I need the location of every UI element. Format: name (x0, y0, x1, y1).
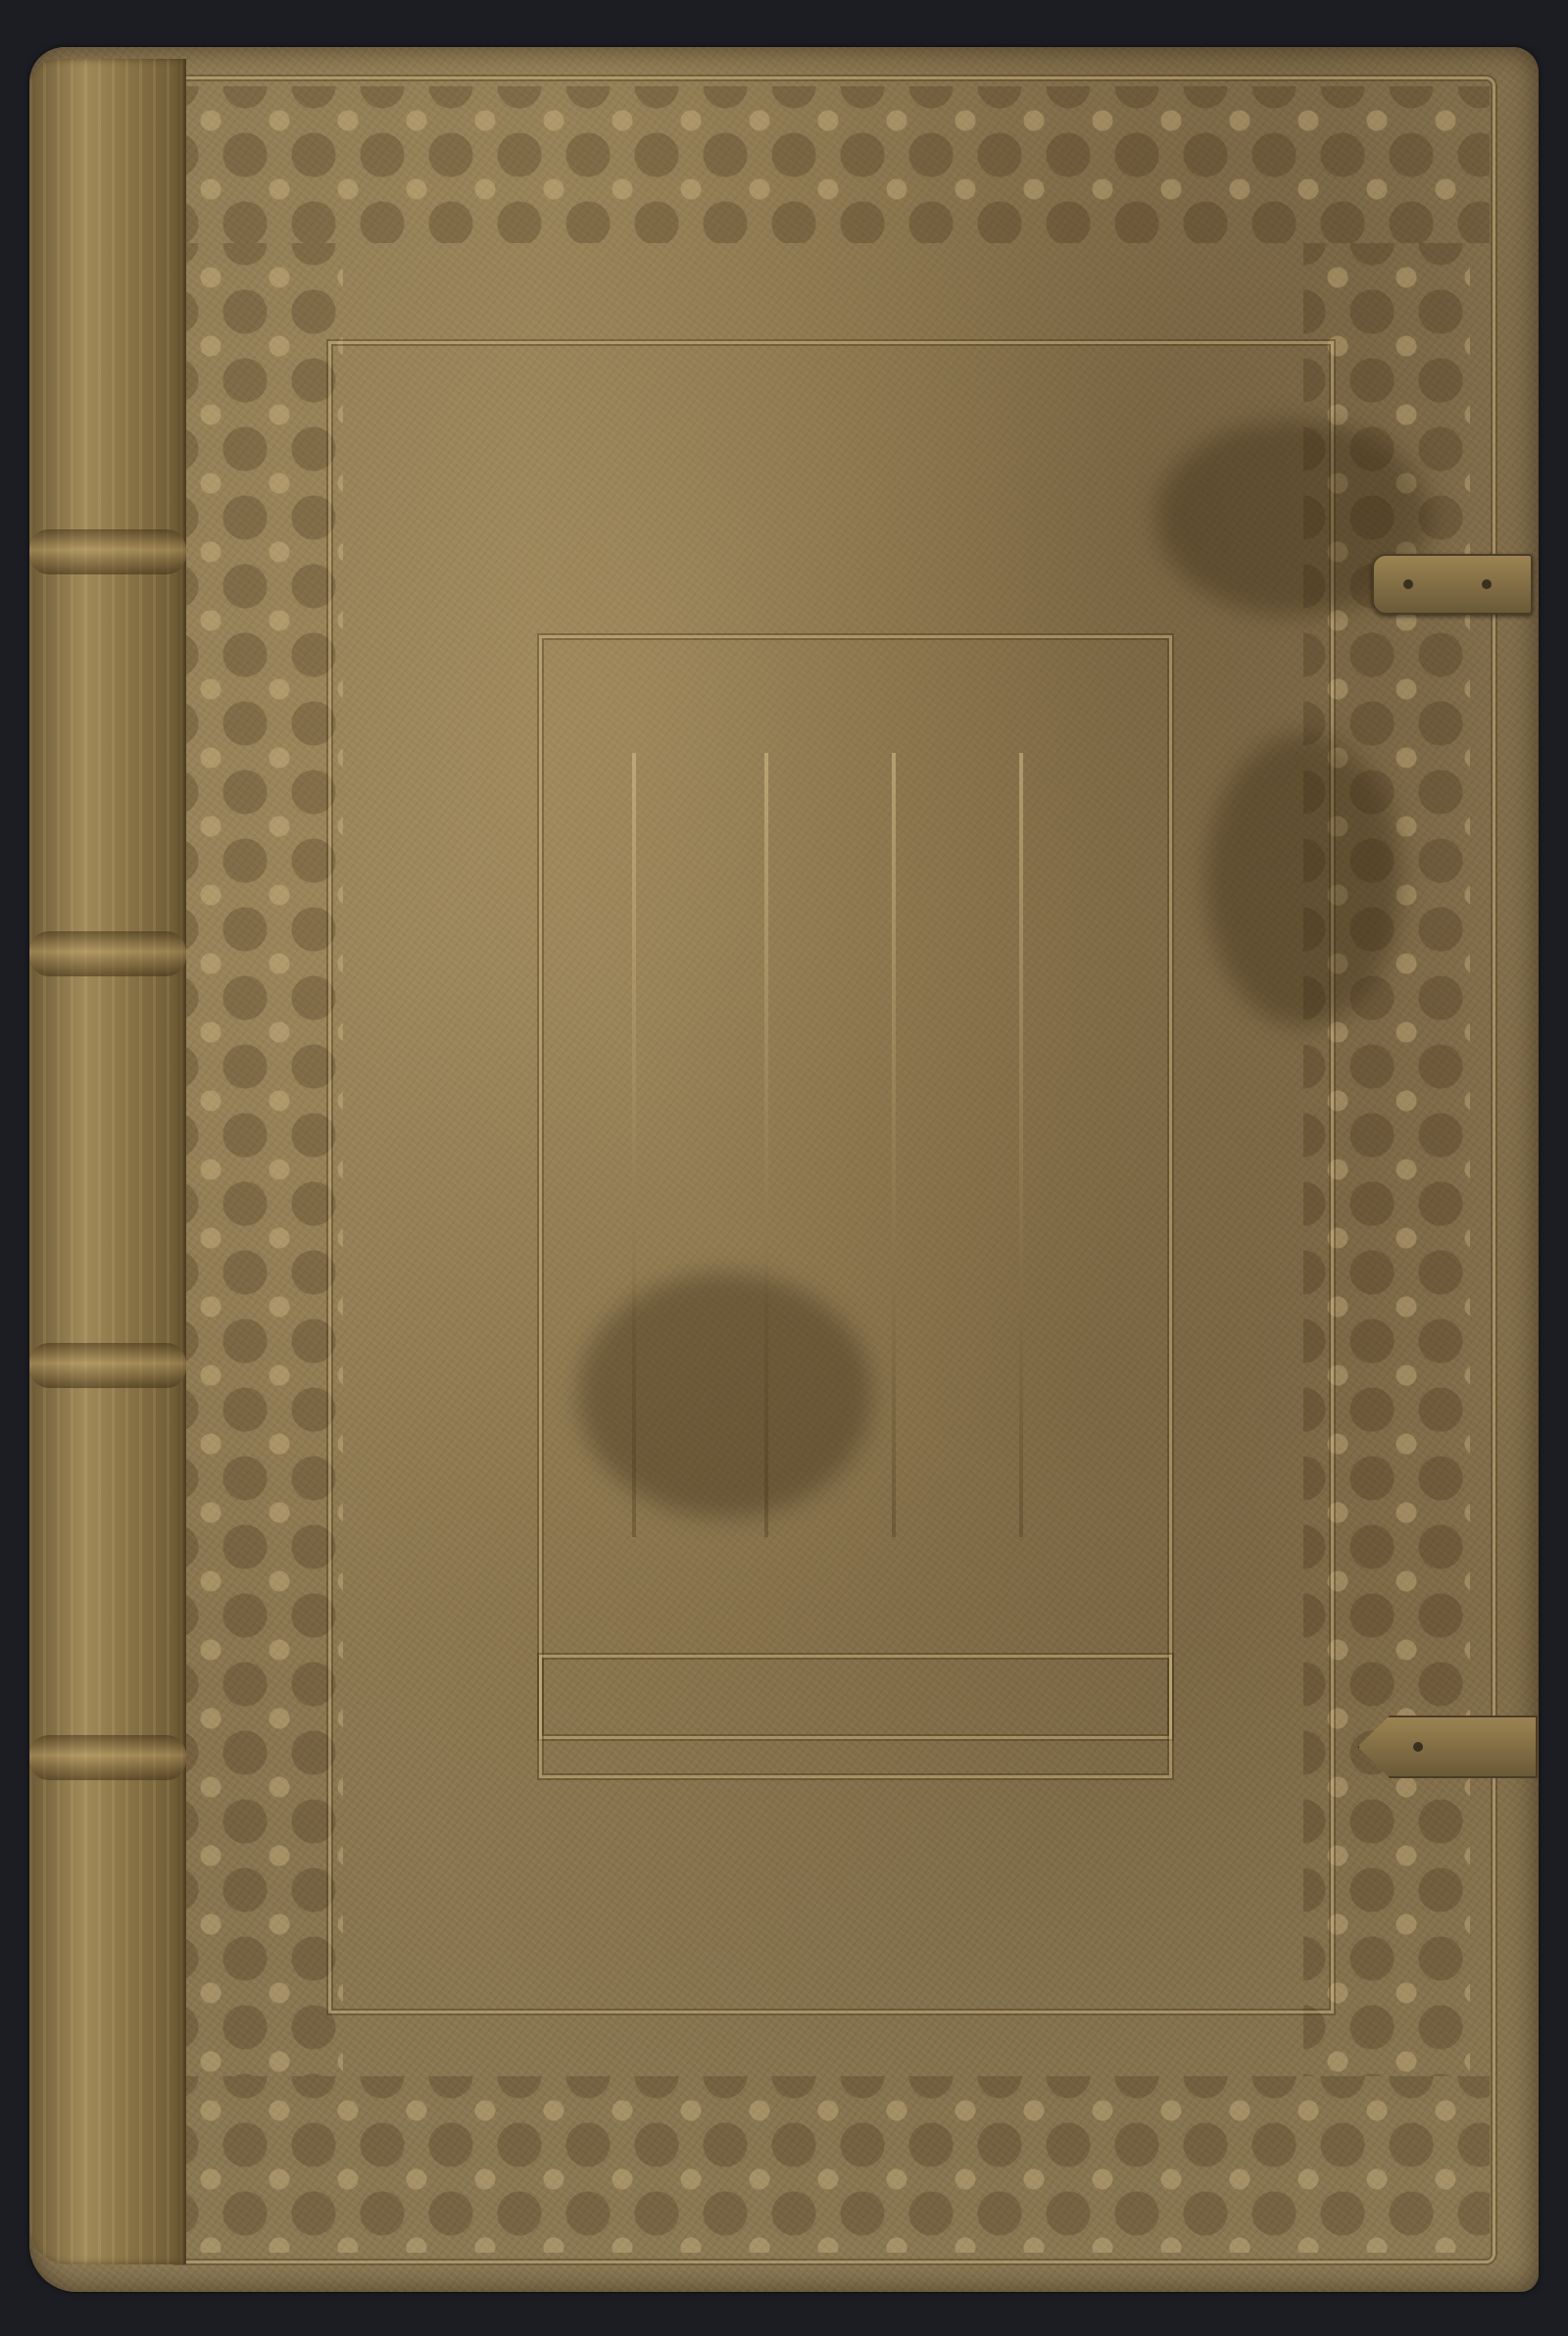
stain (1205, 733, 1401, 1027)
clasp-catch-upper (1372, 554, 1533, 615)
lower-panel-frame (539, 1655, 1172, 1778)
fillet-line (1019, 753, 1023, 1537)
spine-band (29, 1735, 186, 1780)
spine-band (29, 529, 186, 574)
rivet-icon (1482, 579, 1492, 589)
spine-band (29, 931, 186, 976)
rivet-icon (1413, 1742, 1423, 1752)
spine-band (29, 1343, 186, 1388)
rivet-icon (1403, 579, 1413, 589)
stain (578, 1272, 872, 1517)
fillet-line (892, 753, 896, 1537)
book-cover (29, 47, 1539, 2292)
clasp-catch-lower (1357, 1715, 1538, 1778)
book-spine (29, 59, 186, 2264)
